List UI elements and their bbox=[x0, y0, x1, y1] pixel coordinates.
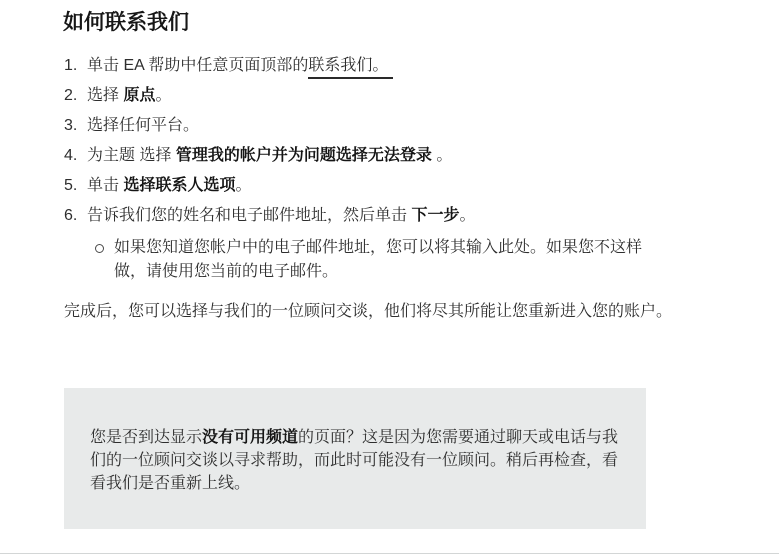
step-text-segment: 单击 EA 帮助中任意页面顶部的 bbox=[87, 57, 308, 74]
note-text-segment: 您是否到达显示 bbox=[90, 429, 202, 446]
contact-us-link[interactable]: 联系我们。 bbox=[308, 57, 393, 79]
step-item-3: 3. 选择任何平台。 bbox=[64, 114, 724, 138]
step-text-segment: 。 bbox=[155, 87, 171, 104]
step-bold-segment: 原点 bbox=[123, 87, 155, 104]
step-item-6: 6. 告诉我们您的姓名和电子邮件地址，然后单击 下一步。 bbox=[64, 204, 724, 228]
note-box: 您是否到达显示没有可用频道的页面？这是因为您需要通过聊天或电话与我们的一位顾问交… bbox=[64, 388, 646, 529]
step-bold-segment: 管理我的帐户并为问题选择无法登录 bbox=[176, 147, 432, 164]
sub-bullet-item: 如果您知道您帐户中的电子邮件地址，您可以将其输入此处。如果您不这样做，请使用您当… bbox=[95, 236, 724, 284]
sub-bullet-text: 如果您知道您帐户中的电子邮件地址，您可以将其输入此处。如果您不这样做，请使用您当… bbox=[114, 236, 672, 284]
article-content: 如何联系我们 1. 单击 EA 帮助中任意页面顶部的联系我们。 2. 选择 原点… bbox=[64, 0, 724, 529]
note-bold-segment: 没有可用频道 bbox=[202, 429, 298, 446]
step-item-2: 2. 选择 原点。 bbox=[64, 84, 724, 108]
page-title: 如何联系我们 bbox=[63, 10, 724, 36]
step-text: 为主题 选择 管理我的帐户并为问题选择无法登录 。 bbox=[87, 144, 724, 168]
step-bold-segment: 选择联系人选项 bbox=[123, 177, 235, 194]
step-number: 6. bbox=[64, 204, 87, 228]
step-text-segment: 告诉我们您的姓名和电子邮件地址，然后单击 bbox=[87, 207, 411, 224]
step-bold-segment: 下一步 bbox=[411, 207, 459, 224]
step-text-segment: 选择任何平台。 bbox=[87, 117, 199, 134]
bottom-divider bbox=[0, 553, 779, 554]
step-item-4: 4. 为主题 选择 管理我的帐户并为问题选择无法登录 。 bbox=[64, 144, 724, 168]
step-number: 1. bbox=[64, 54, 87, 78]
step-text-segment: 单击 bbox=[87, 177, 123, 194]
step-item-1: 1. 单击 EA 帮助中任意页面顶部的联系我们。 bbox=[64, 54, 724, 78]
step-number: 5. bbox=[64, 174, 87, 198]
step-text-segment: 选择 bbox=[87, 87, 123, 104]
step-text: 告诉我们您的姓名和电子邮件地址，然后单击 下一步。 bbox=[87, 204, 724, 228]
step-number: 4. bbox=[64, 144, 87, 168]
step-text-segment: 。 bbox=[235, 177, 251, 194]
step-text: 单击 EA 帮助中任意页面顶部的联系我们。 bbox=[87, 54, 724, 78]
step-text-segment: 。 bbox=[459, 207, 475, 224]
step-number: 3. bbox=[64, 114, 87, 138]
step-text-segment: 为主题 选择 bbox=[87, 147, 176, 164]
step-item-5: 5. 单击 选择联系人选项。 bbox=[64, 174, 724, 198]
step-number: 2. bbox=[64, 84, 87, 108]
step-text: 单击 选择联系人选项。 bbox=[87, 174, 724, 198]
circle-bullet-icon bbox=[95, 244, 104, 253]
step-text: 选择任何平台。 bbox=[87, 114, 724, 138]
step-text-segment: 。 bbox=[432, 147, 452, 164]
steps-list: 1. 单击 EA 帮助中任意页面顶部的联系我们。 2. 选择 原点。 3. 选择… bbox=[64, 54, 724, 284]
closing-paragraph: 完成后，您可以选择与我们的一位顾问交谈，他们将尽其所能让您重新进入您的账户。 bbox=[64, 300, 686, 324]
step-text: 选择 原点。 bbox=[87, 84, 724, 108]
help-article-page: 如何联系我们 1. 单击 EA 帮助中任意页面顶部的联系我们。 2. 选择 原点… bbox=[0, 0, 779, 558]
